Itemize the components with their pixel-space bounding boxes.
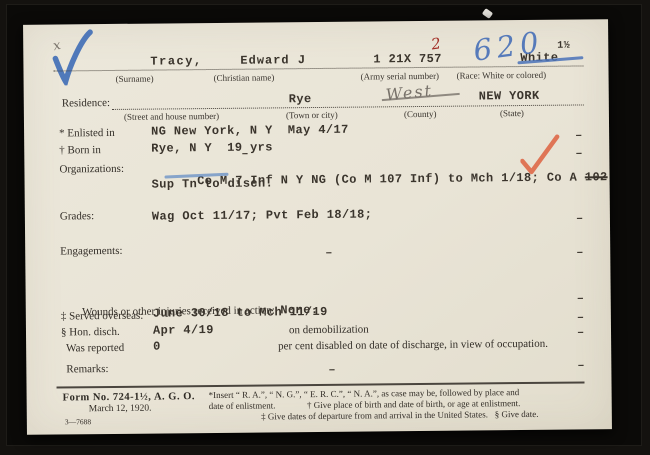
corner-fraction: 1½ — [557, 41, 570, 52]
serial-number-value: 1 21X 757 — [373, 52, 442, 67]
christian-name-label: (Christian name) — [214, 72, 275, 83]
engagements-label: Engagements: — [60, 245, 122, 258]
enlisted-value: NG New York, N Y May 4/17 — [151, 123, 349, 139]
race-label: (Race: White or colored) — [457, 70, 547, 81]
blue-checkmark-icon — [51, 29, 94, 85]
red-checkmark-icon — [520, 134, 560, 176]
margin-dash: – — [576, 245, 583, 259]
county-label: (County) — [404, 109, 437, 119]
remarks-center-dash: – — [328, 363, 335, 377]
margin-dash: – — [575, 128, 582, 142]
margin-dash: – — [576, 211, 583, 225]
discharge-label: § Hon. disch. — [61, 326, 120, 339]
margin-dash: – — [577, 325, 584, 339]
footnotes-block: *Insert “ R. A.”, “ N. G.”, “ E. R. C.”,… — [209, 386, 591, 423]
born-line-dash: – — [241, 147, 248, 161]
overseas-value: June 30/18 to Mch 11/19 — [153, 305, 328, 321]
scanned-card-photo: x Tracy, Edward J 1 21X 757 White 1½ 2 6… — [0, 0, 650, 455]
footnote-line-3: ‡ Give dates of departure from and arriv… — [209, 408, 591, 423]
residence-state-value: NEW YORK — [479, 89, 540, 104]
margin-dash: – — [577, 291, 584, 305]
organizations-struck-number: 102 — [585, 170, 608, 184]
county-handwritten-value: West — [385, 81, 434, 104]
surname-label: (Surname) — [116, 74, 154, 84]
discharge-suffix: on demobilization — [289, 324, 369, 337]
form-number: Form No. 724-1½, A. G. O. — [63, 391, 195, 403]
street-label: (Street and house number) — [124, 111, 219, 122]
service-record-card: x Tracy, Edward J 1 21X 757 White 1½ 2 6… — [23, 19, 612, 435]
disabled-value: 0 — [153, 340, 161, 354]
serial-number-label: (Army serial number) — [361, 71, 440, 82]
christian-name-value: Edward J — [240, 53, 306, 68]
grades-value: Wag Oct 11/17; Pvt Feb 18/18; — [152, 207, 373, 223]
overseas-label: ‡ Served overseas: — [61, 310, 144, 323]
remarks-label: Remarks: — [66, 363, 108, 375]
born-value: Rye, N Y 19 yrs — [151, 140, 273, 155]
grades-label: Grades: — [60, 210, 94, 222]
state-label: (State) — [500, 108, 524, 118]
born-label: † Born in — [59, 144, 101, 156]
residence-label: Residence: — [62, 97, 110, 109]
form-date: March 12, 1920. — [89, 404, 152, 415]
organizations-label: Organizations: — [59, 163, 124, 176]
disabled-label: Was reported — [66, 342, 124, 355]
enlisted-label: * Enlisted in — [59, 127, 115, 140]
margin-dash: – — [575, 146, 582, 160]
print-code: 3—7688 — [65, 417, 91, 426]
organizations-value-line2: Sup Tn to disch. — [152, 176, 274, 191]
surname-value: Tracy, — [150, 54, 202, 69]
town-label: (Town or city) — [286, 110, 338, 120]
discharge-value: Apr 4/19 — [153, 323, 214, 338]
margin-dash: – — [577, 358, 584, 372]
red-correction-number: 2 — [430, 34, 442, 53]
residence-town-value: Rye — [289, 92, 312, 106]
disabled-suffix: per cent disabled on date of discharge, … — [278, 338, 548, 353]
margin-dash: – — [577, 310, 584, 324]
engagements-center-dash: – — [325, 246, 332, 260]
